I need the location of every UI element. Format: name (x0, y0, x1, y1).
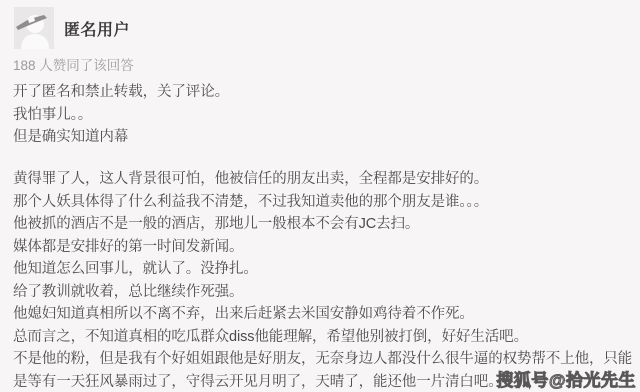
username: 匿名用户 (64, 17, 130, 40)
text-line: 黄得罪了人，这人背景很可怕，他被信任的朋友出卖，全程都是安排好的。 (13, 168, 632, 191)
text-line: 他被抓的酒店不是一般的酒店，那地儿一般根本不会有JC去扫。 (13, 213, 632, 236)
answer-paragraph-intro: 开了匿名和禁止转载，关了评论。我怕事儿。。但是确实知道内幕 (13, 81, 229, 149)
text-line: 但是确实知道内幕 (13, 126, 229, 149)
answer-header: 匿名用户 (14, 7, 130, 49)
text-line: 媒体都是安排好的第一时间发新闻。 (13, 236, 632, 259)
text-line: 他知道怎么回事儿，就认了。没挣扎。 (13, 258, 632, 281)
anonymous-user-icon (14, 7, 54, 49)
text-line: 总而言之，不知道真相的吃瓜群众diss他能理解，希望他别被打倒，好好生活吧。 (13, 326, 632, 349)
watermark: 搜狐号@拾光先生 (496, 366, 636, 391)
upvote-count: 188 人赞同了该回答 (13, 56, 134, 76)
answer-card: 匿名用户 188 人赞同了该回答 开了匿名和禁止转载，关了评论。我怕事儿。。但是… (0, 0, 640, 392)
text-line: 开了匿名和禁止转载，关了评论。 (13, 81, 229, 104)
text-line: 给了教训就收着，总比继续作死强。 (13, 281, 632, 304)
answer-paragraph-body: 黄得罪了人，这人背景很可怕，他被信任的朋友出卖，全程都是安排好的。那个人妖具体得… (13, 168, 632, 392)
text-line: 我怕事儿。。 (13, 104, 229, 127)
text-line: 他媳妇知道真相所以不离不弃，出来后赶紧去米国安静如鸡待着不作死。 (13, 303, 632, 326)
text-line: 那个人妖具体得了什么利益我不清楚，不过我知道卖他的那个朋友是谁。。。 (13, 191, 632, 214)
